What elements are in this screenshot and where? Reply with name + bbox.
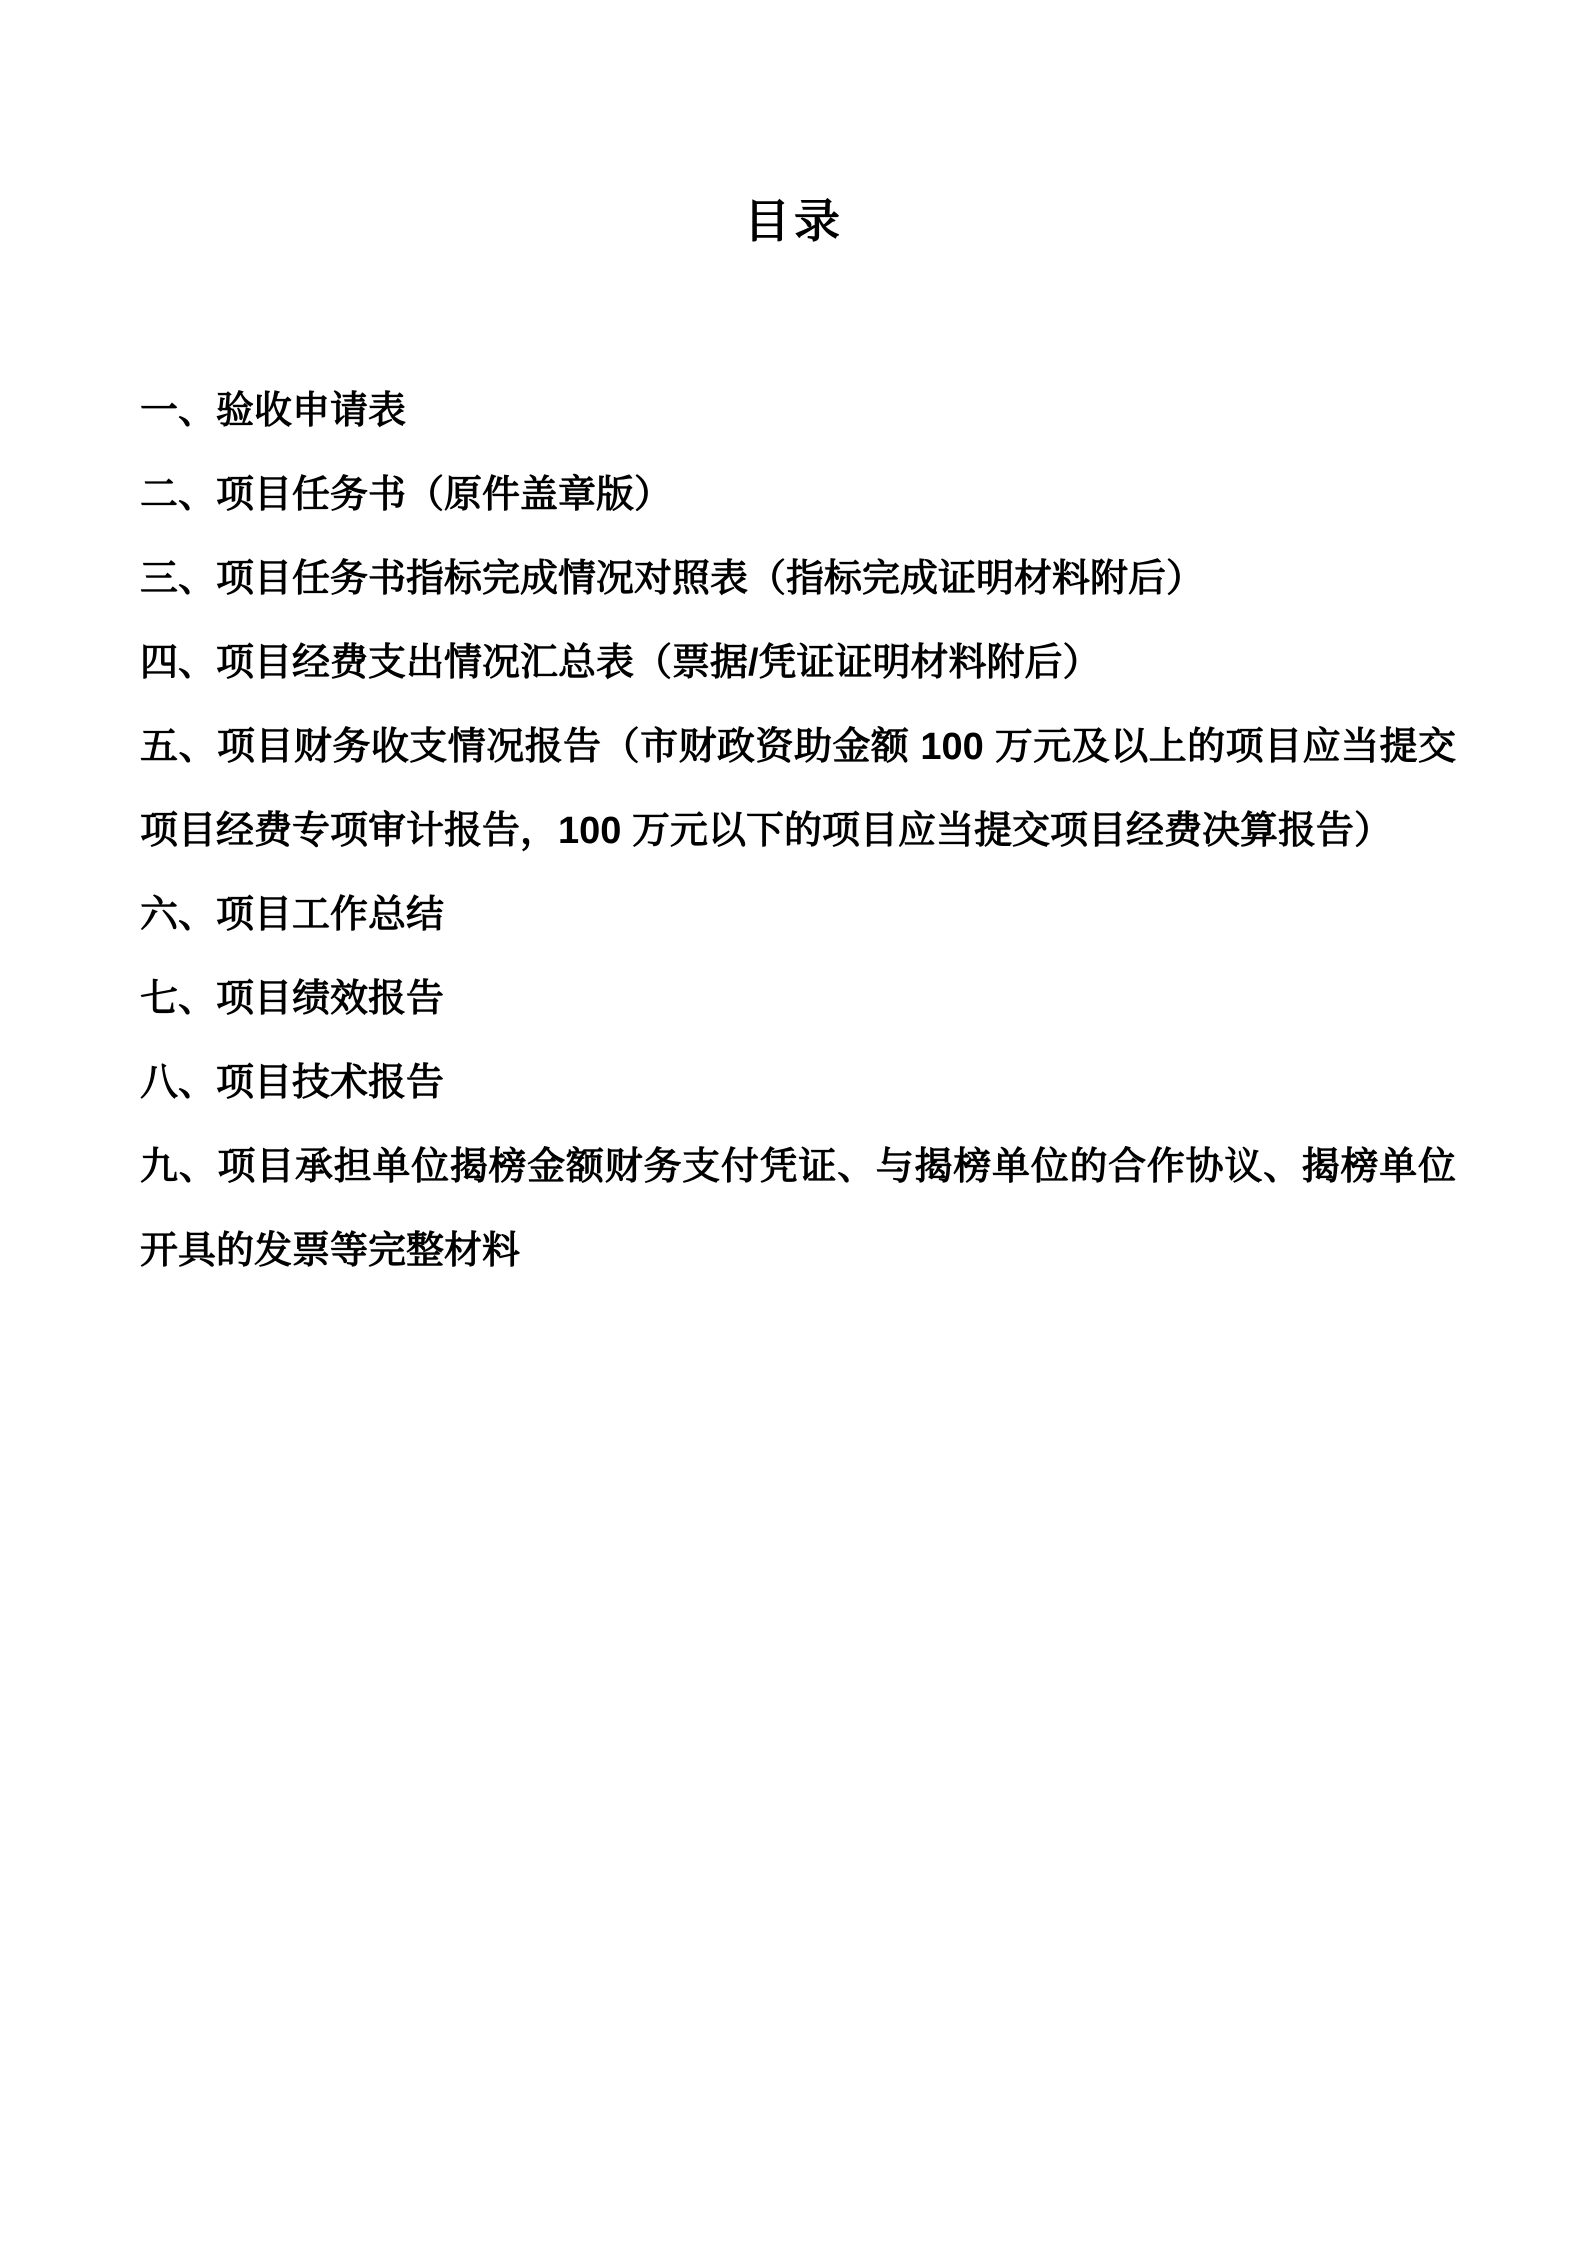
toc-item-1: 一、验收申请表 bbox=[140, 369, 1456, 453]
document-page: 目录 一、验收申请表 二、项目任务书（原件盖章版） 三、项目任务书指标完成情况对… bbox=[0, 0, 1588, 2245]
toc-item-9: 九、项目承担单位揭榜金额财务支付凭证、与揭榜单位的合作协议、揭榜单位开具的发票等… bbox=[140, 1125, 1456, 1293]
toc-item-3: 三、项目任务书指标完成情况对照表（指标完成证明材料附后） bbox=[140, 537, 1456, 621]
page-title: 目录 bbox=[0, 196, 1588, 247]
toc-item-4: 四、项目经费支出情况汇总表（票据/凭证证明材料附后） bbox=[140, 621, 1456, 705]
toc-list: 一、验收申请表 二、项目任务书（原件盖章版） 三、项目任务书指标完成情况对照表（… bbox=[140, 369, 1456, 1293]
toc-item-8: 八、项目技术报告 bbox=[140, 1041, 1456, 1125]
toc-item-6: 六、项目工作总结 bbox=[140, 873, 1456, 957]
toc-item-7: 七、项目绩效报告 bbox=[140, 957, 1456, 1041]
toc-item-5: 五、项目财务收支情况报告（市财政资助金额 100 万元及以上的项目应当提交项目经… bbox=[140, 705, 1456, 873]
toc-item-2: 二、项目任务书（原件盖章版） bbox=[140, 453, 1456, 537]
